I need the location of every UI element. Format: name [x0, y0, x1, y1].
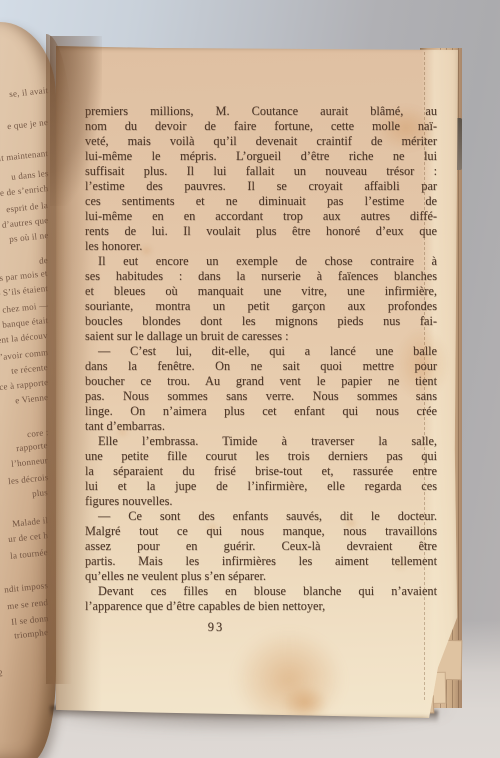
left-page-text-fragment: rapporte [16, 440, 48, 453]
right-page: premiers millions, M. Coutance aurait bl… [56, 46, 458, 718]
text-line: — C’est lui, dit-elle, qui a lancé une b… [85, 344, 437, 359]
text-line: partis. Mais les infirmières les aiment … [85, 554, 437, 569]
paragraph: — Ce sont des enfants sauvés, dit le doc… [85, 509, 437, 584]
left-page: se, il avaite que je neait maintenantu d… [0, 22, 56, 758]
left-page-text-fragment: u dans les [10, 168, 48, 182]
page-text: premiers millions, M. Coutance aurait bl… [85, 104, 437, 614]
foxing-spot [282, 686, 328, 720]
text-line: la séparaient du frisé brise-tout et, ra… [85, 464, 437, 479]
left-page-text-fragment: banque était [2, 315, 49, 330]
left-page-text-fragment: e Vienne [15, 392, 49, 405]
text-line: tant d’embarras. [85, 419, 437, 434]
text-line: et bleues où manquait une vitre, une inf… [85, 284, 437, 299]
text-line: boucles blondes dont les mignons pieds n… [85, 314, 437, 329]
text-line: lui-même le mépris. L’orgueil d’être ric… [85, 149, 437, 164]
text-line: l’apparence que d’être capables de bien … [85, 599, 437, 614]
text-line: premiers millions, M. Coutance aurait bl… [85, 104, 437, 119]
left-page-text-fragment: les décrois [7, 472, 48, 486]
left-page-text-fragment: ps où il ne [8, 230, 48, 244]
text-line: Elle l’embrassa. Timide à traverser la s… [85, 434, 437, 449]
text-line: ses habitudes : dans la nurserie à faïen… [85, 269, 437, 284]
left-page-text-fragment: ent la découv [0, 330, 49, 345]
left-page-text-fragment: e que je ne [7, 117, 49, 131]
left-page-text-fragment: triomphe [14, 627, 49, 641]
left-page-text-fragment: se, il avait [9, 85, 49, 99]
left-page-text-fragment: ge de s’enrich [0, 183, 49, 199]
paragraph: premiers millions, M. Coutance aurait bl… [85, 104, 437, 254]
text-line: veté, mais voilà qu’il devenait craintif… [85, 134, 437, 149]
left-page-text-fragment: te récente [11, 362, 49, 376]
left-page-text-fragment: la tournée [10, 547, 49, 561]
left-page-text-fragment: ndit imposs [4, 580, 49, 595]
paragraph: — C’est lui, dit-elle, qui a lancé une b… [85, 344, 437, 434]
text-line: ces sentiments et ne diminuait pas l’est… [85, 194, 437, 209]
paragraph: Elle l’embrassa. Timide à traverser la s… [85, 434, 437, 509]
left-page-text-fragment: — S’ils étaient [0, 283, 49, 299]
left-page-text-fragment: plus [32, 487, 49, 499]
text-line: suffisait plus. Il lui fallait un nouvea… [85, 164, 437, 179]
left-page-text-fragment: ur de cet h [8, 530, 49, 544]
text-line: figures nouvelles. [85, 494, 437, 509]
text-line: Devant ces filles en blouse blanche qui … [85, 584, 437, 599]
text-line: pas. Nous sommes sans verre. Nous sommes… [85, 389, 437, 404]
left-page-text-fragment: cs par mois et [0, 268, 49, 283]
left-page-text-fragment: de [39, 255, 49, 266]
left-page-text-fragment: pas chez moi — [0, 300, 49, 316]
text-line: assez pour en guérir. Ceux-là devraient … [85, 539, 437, 554]
text-line: lui et la jupe de l’infirmière, elle reg… [85, 479, 437, 494]
left-page-text-fragment: ce à rapporte [0, 377, 49, 392]
text-line: rents de lui. Il voulait plus être honor… [85, 224, 437, 239]
left-page-text-fragment: r d’autres que [0, 215, 49, 230]
text-line: lui-même en en accordant trop aux autres… [85, 209, 437, 224]
text-line: qu’elles ne veulent plus s’en séparer. [85, 569, 437, 584]
left-page-text-fragment: Malade il [12, 515, 49, 529]
left-page-text-fragment: esprit de la [6, 200, 49, 214]
text-line: dans la fenêtre. On ne sait quoi mettre … [85, 359, 437, 374]
left-page-text-fragment: ait maintenant [0, 148, 49, 164]
text-line: souriante, montra un petit garçon aux pr… [85, 299, 437, 314]
page-number: 93 [56, 620, 376, 635]
text-line: nom du devoir de faire fortune, cette mo… [85, 119, 437, 134]
text-line: saient sur le dallage un bruit de caress… [85, 329, 437, 344]
text-line: une petite fille courut les trois dernie… [85, 449, 437, 464]
book-photo-scene: se, il avaite que je neait maintenantu d… [0, 0, 500, 758]
text-line: l’estime des pauvres. Il se croyait affa… [85, 179, 437, 194]
paragraph: Devant ces filles en blouse blanche qui … [85, 584, 437, 614]
text-line: linge. On n’aimera plus cet enfant qui n… [85, 404, 437, 419]
left-page-text-fragment: me se rend [7, 597, 49, 611]
gutter-shadow [56, 46, 102, 718]
left-page-text-fragment: Il se donn [10, 613, 48, 627]
text-line: Malgré tout ce qui nous manque, nous tra… [85, 524, 437, 539]
text-line: Il eut encore un exemple de chose contra… [85, 254, 437, 269]
text-line: — Ce sont des enfants sauvés, dit le doc… [85, 509, 437, 524]
text-line: boucher ce trou. Au grand vent le papier… [85, 374, 437, 389]
left-page-text-fragment: n’avoir comm [0, 347, 49, 362]
paragraph: Il eut encore un exemple de chose contra… [85, 254, 437, 344]
left-page-text-fragment: l’honneur [11, 455, 49, 469]
text-line: les honorer. [85, 239, 437, 254]
left-page-text-fragment: 2 [0, 668, 3, 678]
left-page-text-fragment: core : [26, 427, 48, 439]
